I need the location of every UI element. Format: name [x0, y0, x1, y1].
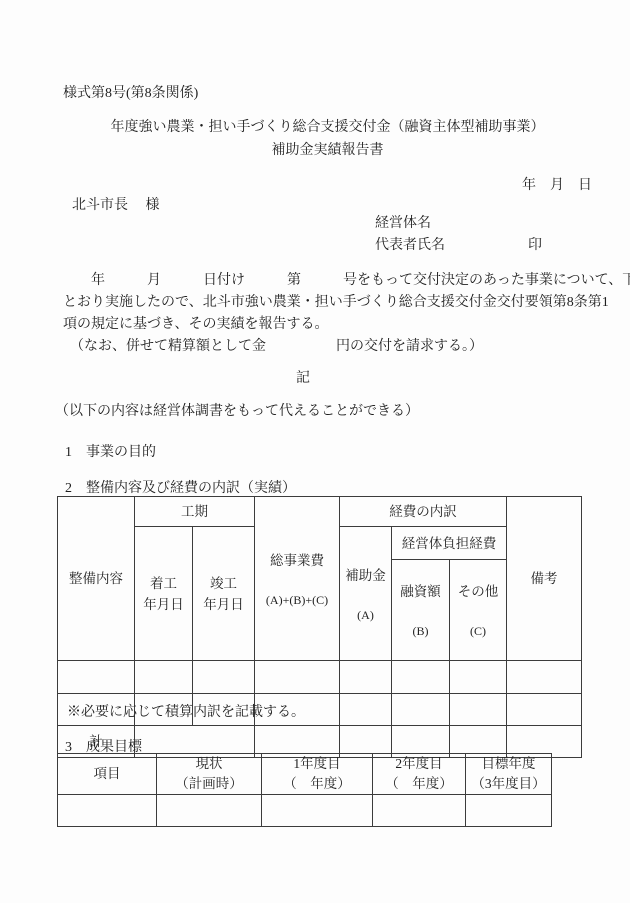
header-item: 項目 [58, 754, 157, 795]
header-remarks: 備考 [507, 497, 582, 661]
form-document-page: 様式第8号(第8条関係) 年度強い農業・担い手づくり総合支援交付金（融資主体型補… [0, 0, 630, 903]
header-entity-burden: 経営体負担経費 [392, 527, 507, 560]
empty-cell [340, 694, 392, 726]
header-subsidy: 補助金 (A) [340, 527, 392, 661]
header-year2: 2年度目 （ 年度） [373, 754, 466, 795]
representative-name-label: 代表者氏名 [375, 234, 445, 254]
substitution-note: （以下の内容は経営体調書をもって代えることができる） [55, 400, 419, 420]
header-current-status: 現状 （計画時） [157, 754, 262, 795]
empty-cell [373, 795, 466, 827]
header-other: その他 (C) [450, 560, 507, 661]
seal-label: 印 [528, 234, 542, 254]
body-paragraph-line2: とおり実施したので、北斗市強い農業・担い手づくり総合支援交付金交付要領第8条第1 [63, 291, 609, 311]
empty-cell [450, 694, 507, 726]
empty-cell [157, 795, 262, 827]
empty-cell [392, 694, 450, 726]
header-year1: 1年度目 （ 年度） [262, 754, 373, 795]
header-total-cost-formula: (A)+(B)+(C) [255, 592, 339, 608]
section1-heading: 1 事業の目的 [65, 441, 156, 461]
empty-cell [58, 661, 135, 694]
entity-name-label: 経営体名 [375, 212, 431, 232]
header-other-label: その他 [450, 581, 506, 602]
header-loan-code: (B) [392, 623, 449, 639]
table-row [58, 795, 552, 827]
header-cost-breakdown: 経費の内訳 [340, 497, 507, 527]
empty-cell [58, 795, 157, 827]
empty-cell [255, 661, 340, 694]
empty-cell [193, 661, 255, 694]
header-work-period: 工期 [135, 497, 255, 527]
document-title-line2: 補助金実績報告書 [63, 139, 592, 159]
table2-footnote: ※必要に応じて積算内訳を記載する。 [67, 701, 305, 721]
header-maintenance-content: 整備内容 [58, 497, 135, 661]
header-loan-amount: 融資額 (B) [392, 560, 450, 661]
empty-cell [135, 661, 193, 694]
performance-goals-table: 項目 現状 （計画時） 1年度目 （ 年度） 2年度目 （ 年度） 目標年度 （… [57, 753, 552, 827]
body-paragraph-line3: 項の規定に基づき、その実績を報告する。 [63, 313, 328, 333]
header-loan-label: 融資額 [392, 581, 449, 602]
ki-heading: 記 [63, 367, 543, 387]
header-construction-end: 竣工 年月日 [193, 527, 255, 661]
header-subsidy-label: 補助金 [340, 565, 391, 586]
header-target-year: 目標年度 （3年度目） [466, 754, 552, 795]
date-blank-line: 年 月 日 [63, 174, 592, 194]
table-row [58, 661, 582, 694]
empty-cell [340, 661, 392, 694]
body-paragraph-line4: （なお、併せて精算額として金 円の交付を請求する。） [63, 335, 483, 355]
header-other-code: (C) [450, 623, 506, 639]
empty-cell [262, 795, 373, 827]
addressee-line: 北斗市長 様 [72, 194, 160, 214]
header-total-cost-label: 総事業費 [255, 550, 339, 571]
body-paragraph-line1: 年 月 日付け 第 号をもって交付決定のあった事業について、下記の [63, 269, 630, 289]
empty-cell [392, 661, 450, 694]
empty-cell [450, 661, 507, 694]
header-total-cost: 総事業費 (A)+(B)+(C) [255, 497, 340, 661]
header-subsidy-code: (A) [340, 607, 391, 623]
empty-cell [507, 694, 582, 726]
form-number: 様式第8号(第8条関係) [63, 82, 198, 102]
empty-cell [507, 661, 582, 694]
empty-cell [466, 795, 552, 827]
header-construction-start: 着工 年月日 [135, 527, 193, 661]
document-title-line1: 年度強い農業・担い手づくり総合支援交付金（融資主体型補助事業） [63, 116, 592, 136]
section2-heading: 2 整備内容及び経費の内訳（実績） [65, 477, 296, 497]
